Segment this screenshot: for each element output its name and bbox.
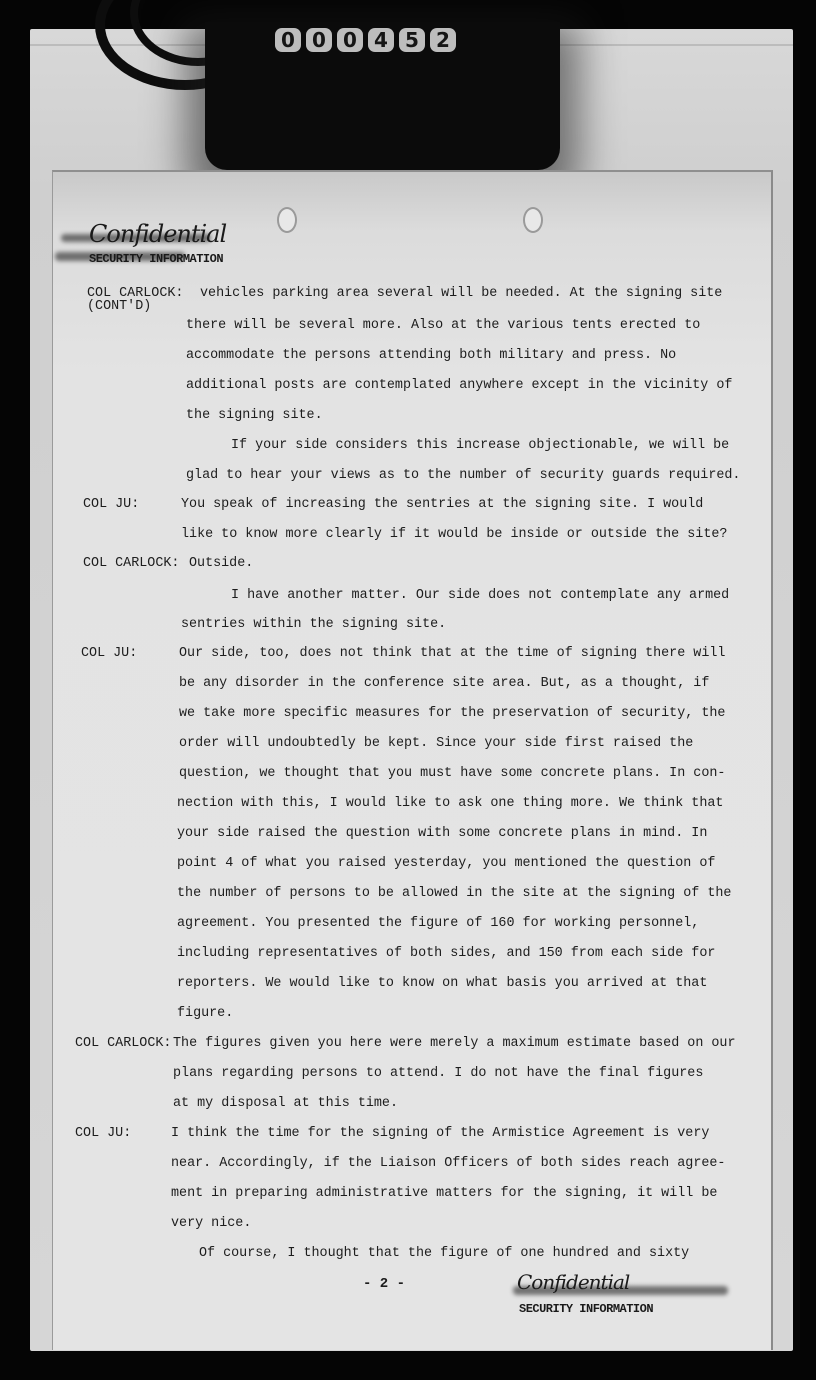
body-line: very nice. xyxy=(171,1216,251,1231)
body-line: additional posts are contemplated anywhe… xyxy=(186,378,732,393)
body-line: I have another matter. Our side does not… xyxy=(231,588,729,603)
speaker-label: COL JU: xyxy=(75,1126,131,1141)
body-line: glad to hear your views as to the number… xyxy=(186,468,740,483)
body-line: You speak of increasing the sentries at … xyxy=(181,497,703,512)
body-line: agreement. You presented the figure of 1… xyxy=(177,916,699,931)
classification-label-bottom: SECURITY INFORMATION xyxy=(519,1302,653,1316)
speaker-label: COL JU: xyxy=(83,497,139,512)
body-line: order will undoubtedly be kept. Since yo… xyxy=(179,736,693,751)
body-line: the signing site. xyxy=(186,408,323,423)
punch-hole-icon xyxy=(277,207,297,233)
body-line: figure. xyxy=(177,1006,233,1021)
body-line: Outside. xyxy=(189,556,253,571)
speaker-label: COL CARLOCK: xyxy=(75,1036,171,1051)
body-line: question, we thought that you must have … xyxy=(179,766,725,781)
frame-counter-digits: 0 0 0 4 5 2 xyxy=(275,28,456,52)
page-number: - 2 - xyxy=(363,1276,405,1292)
body-line: reporters. We would like to know on what… xyxy=(177,976,707,991)
body-line: Our side, too, does not think that at th… xyxy=(179,646,725,661)
counter-digit: 0 xyxy=(275,28,301,52)
document-page: Confidential SECURITY INFORMATION COL CA… xyxy=(52,170,773,1350)
body-line: at my disposal at this time. xyxy=(173,1096,398,1111)
speaker-label: COL JU: xyxy=(81,646,137,661)
counter-digit: 2 xyxy=(430,28,456,52)
counter-digit: 4 xyxy=(368,28,394,52)
body-line: I think the time for the signing of the … xyxy=(171,1126,709,1141)
body-line: nection with this, I would like to ask o… xyxy=(177,796,723,811)
classification-script-top: Confidential xyxy=(89,220,226,248)
frame-counter-device: 0 0 0 4 5 2 xyxy=(205,22,560,170)
body-line: including representatives of both sides,… xyxy=(177,946,715,961)
speaker-continued: (CONT'D) xyxy=(87,299,151,314)
body-line: the number of persons to be allowed in t… xyxy=(177,886,731,901)
classification-script-bottom: Confidential xyxy=(517,1270,629,1294)
body-line: be any disorder in the conference site a… xyxy=(179,676,709,691)
body-line: Of course, I thought that the figure of … xyxy=(199,1246,689,1261)
body-line: near. Accordingly, if the Liaison Office… xyxy=(171,1156,725,1171)
classification-label-top: SECURITY INFORMATION xyxy=(89,252,223,266)
body-line: ment in preparing administrative matters… xyxy=(171,1186,717,1201)
body-line: there will be several more. Also at the … xyxy=(186,318,700,333)
body-line: If your side considers this increase obj… xyxy=(231,438,729,453)
counter-digit: 0 xyxy=(306,28,332,52)
body-line: point 4 of what you raised yesterday, yo… xyxy=(177,856,715,871)
body-line: vehicles parking area several will be ne… xyxy=(200,286,722,301)
punch-hole-icon xyxy=(523,207,543,233)
counter-digit: 5 xyxy=(399,28,425,52)
body-line: your side raised the question with some … xyxy=(177,826,707,841)
body-line: accommodate the persons attending both m… xyxy=(186,348,676,363)
body-line: The figures given you here were merely a… xyxy=(173,1036,736,1051)
body-line: like to know more clearly if it would be… xyxy=(181,527,727,542)
body-line: sentries within the signing site. xyxy=(181,617,446,632)
body-line: plans regarding persons to attend. I do … xyxy=(173,1066,703,1081)
body-line: we take more specific measures for the p… xyxy=(179,706,725,721)
counter-digit: 0 xyxy=(337,28,363,52)
speaker-label: COL CARLOCK: xyxy=(83,556,179,571)
